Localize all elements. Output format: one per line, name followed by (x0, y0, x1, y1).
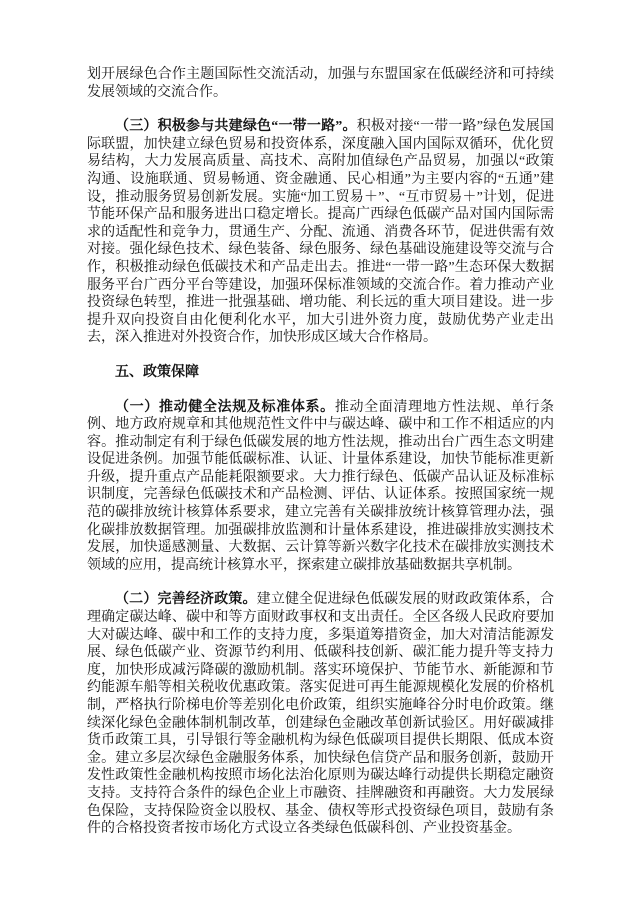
section-two-text: 建立健全促进绿色低碳发展的财政政策体系，合理确定碳达峰、碳中和等方面财政事权和支… (87, 592, 554, 836)
section-one-text: 推动全面清理地方性法规、单行条例、地方政府规章和其他规范性文件中与碳达峰、碳中和… (87, 400, 554, 573)
section-one-title: （一）推动健全法规及标准体系。 (115, 400, 335, 415)
document-body: 划开展绿色合作主题国际性交流活动，加强与东盟国家在低碳经济和可持续发展领域的交流… (87, 66, 554, 838)
document-page: 划开展绿色合作主题国际性交流活动，加强与东盟国家在低碳经济和可持续发展领域的交流… (0, 0, 640, 905)
paragraph-section-two: （二）完善经济政策。建立健全促进绿色低碳发展的财政政策体系，合理确定碳达峰、碳中… (87, 591, 554, 837)
section-three-text: 积极对接“一带一路”绿色发展国际联盟，加快建立绿色贸易和投资体系，深度融入国内国… (87, 119, 554, 345)
section-two-title: （二）完善经济政策。 (115, 592, 257, 607)
paragraph-continuation-text: 划开展绿色合作主题国际性交流活动，加强与东盟国家在低碳经济和可持续发展领域的交流… (87, 67, 554, 100)
section-three-title: （三）积极参与共建绿色“一带一路”。 (115, 119, 357, 134)
paragraph-section-one: （一）推动健全法规及标准体系。推动全面清理地方性法规、单行条例、地方政府规章和其… (87, 399, 554, 575)
chapter-five-heading: 五、政策保障 (87, 364, 554, 382)
paragraph-continuation: 划开展绿色合作主题国际性交流活动，加强与东盟国家在低碳经济和可持续发展领域的交流… (87, 66, 554, 101)
paragraph-section-three: （三）积极参与共建绿色“一带一路”。积极对接“一带一路”绿色发展国际联盟，加快建… (87, 118, 554, 347)
